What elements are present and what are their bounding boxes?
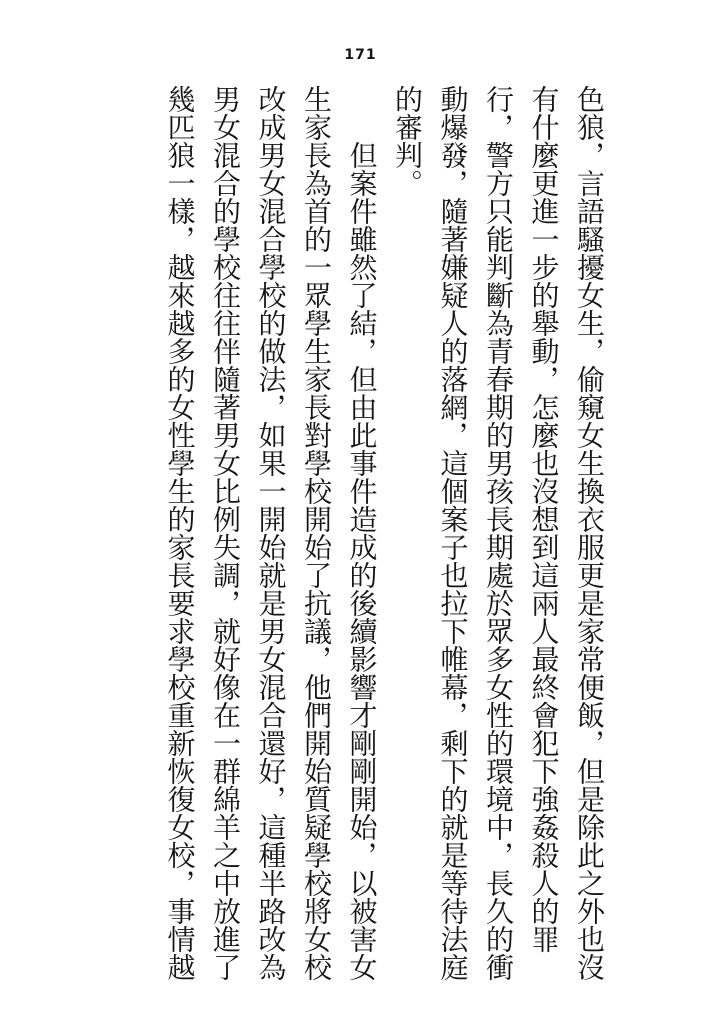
paragraph-1: 色狼，言語騷擾女生，偷窺女生換衣服更是家常便飯，但是除此之外也沒有什麼更進一步的… [384,85,612,991]
paragraph-2: 但案件雖然了結，但由此事件造成的後續影響才剛剛開始，以被害女生家長為首的一眾學生… [156,85,384,991]
book-page: 171 色狼，言語騷擾女生，偷窺女生換衣服更是家常便飯，但是除此之外也沒有什麼更… [0,0,721,1020]
page-number: 171 [0,47,721,63]
vertical-text-block: 色狼，言語騷擾女生，偷窺女生換衣服更是家常便飯，但是除此之外也沒有什麼更進一步的… [149,85,611,991]
